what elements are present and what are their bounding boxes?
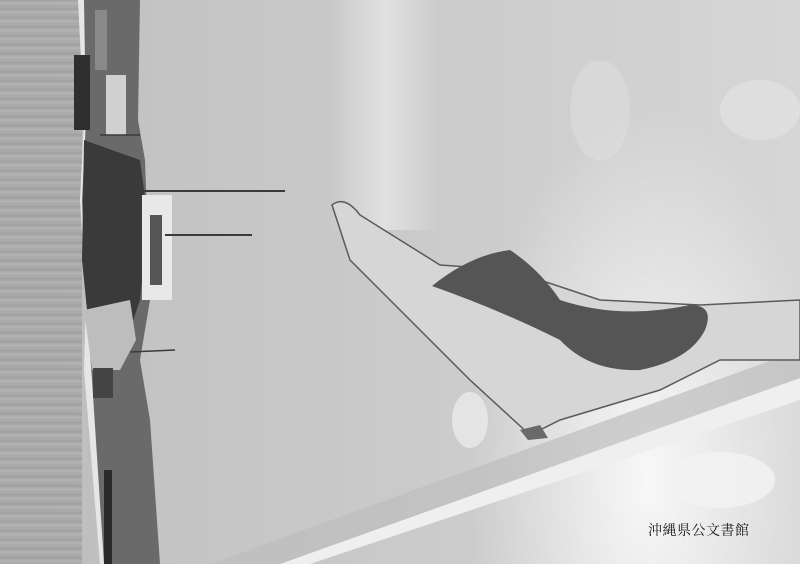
scene-shapes <box>0 0 800 564</box>
archive-watermark: 沖縄県公文書館 <box>648 520 750 540</box>
building-dark <box>93 368 113 398</box>
building-windows <box>150 215 162 285</box>
trees <box>82 140 148 330</box>
pier <box>104 470 112 564</box>
building-dark <box>74 55 90 130</box>
cloud <box>570 60 630 160</box>
cloud <box>452 392 488 448</box>
archival-photograph: 沖縄県公文書館 <box>0 0 800 564</box>
cloud <box>720 80 800 140</box>
building <box>106 75 126 135</box>
cloud <box>665 452 775 508</box>
building <box>95 10 107 70</box>
